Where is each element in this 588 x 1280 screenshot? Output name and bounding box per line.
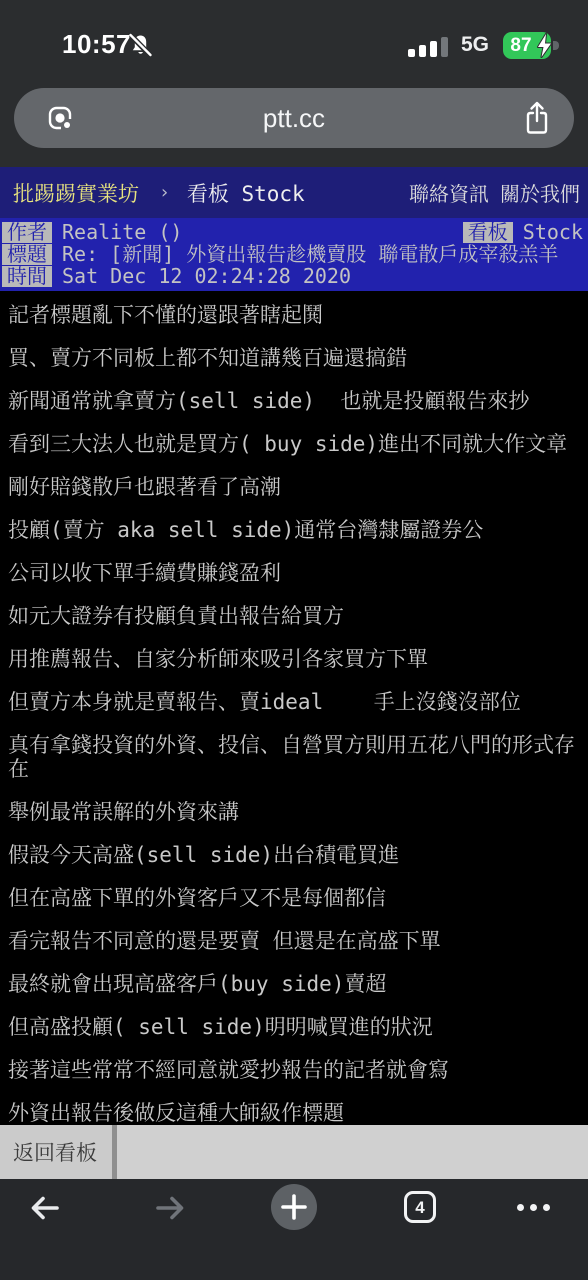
breadcrumb-separator-icon: › — [159, 182, 170, 203]
content-paragraph: 投顧(賣方 aka sell side)通常台灣隸屬證券公 — [8, 518, 580, 542]
status-time: 10:57 — [62, 29, 131, 60]
board-value: Stock — [523, 220, 583, 244]
header-link[interactable]: 關於我們 — [500, 178, 580, 207]
article-metadata: 看板Stock作者Realite () 標題Re: [新聞] 外資出報告趁機賣股… — [0, 218, 588, 291]
network-type: 5G — [461, 33, 489, 57]
content-paragraph: 但在高盛下單的外資客戶又不是每個都信 — [8, 886, 580, 910]
author-label: 作者 — [2, 222, 52, 243]
back-button[interactable] — [27, 1192, 63, 1224]
content-paragraph: 外資出報告後做反這種大師級作標題 — [8, 1101, 580, 1125]
article-content: 記者標題亂下不懂的還跟著瞎起鬨買、賣方不同板上都不知道講幾百遍還搞錯新聞通常就拿… — [0, 291, 588, 1125]
content-paragraph: 看到三大法人也就是買方( buy side)進出不同就大作文章 — [8, 432, 580, 456]
iphone-screen: 10:57 5G 87 ptt.cc — [0, 0, 588, 1280]
content-paragraph: 如元大證券有投顧負責出報告給買方 — [8, 604, 580, 628]
content-paragraph: 新聞通常就拿賣方(sell side) 也就是投顧報告來抄 — [8, 389, 580, 413]
board-link[interactable]: 看板 Stock — [187, 178, 305, 208]
metaline-author: 看板Stock作者Realite () — [2, 221, 586, 243]
share-icon[interactable] — [522, 99, 552, 139]
metaline-board: 看板Stock — [463, 221, 586, 243]
content-paragraph: 最終就會出現高盛客戶(buy side)賣超 — [8, 972, 580, 996]
back-to-board-button[interactable]: 返回看板 — [0, 1125, 117, 1179]
url-text[interactable]: ptt.cc — [14, 88, 574, 148]
metaline-title: 標題Re: [新聞] 外資出報告趁機賣股 聯電散戶成宰殺羔羊 — [2, 243, 586, 265]
ptt-brand-link[interactable]: 批踢踢實業坊 — [13, 178, 139, 208]
title-value: Re: [新聞] 外資出報告趁機賣股 聯電散戶成宰殺羔羊 — [62, 242, 558, 266]
web-page: 批踢踢實業坊 › 看板 Stock 聯絡資訊關於我們 看板Stock作者Real… — [0, 167, 588, 1179]
tab-switcher-button[interactable]: 4 — [404, 1191, 436, 1223]
content-paragraph: 假設今天高盛(sell side)出台積電買進 — [8, 843, 580, 867]
menu-button[interactable] — [506, 1203, 561, 1211]
content-paragraph: 用推薦報告、自家分析師來吸引各家買方下單 — [8, 647, 580, 671]
battery-indicator: 87 — [503, 32, 561, 59]
author-value: Realite () — [62, 220, 182, 244]
content-paragraph: 但高盛投顧( sell side)明明喊買進的狀況 — [8, 1015, 580, 1039]
arrow-right-icon — [154, 1193, 186, 1223]
bell-slash-icon — [128, 33, 153, 58]
forward-button[interactable] — [152, 1192, 188, 1224]
arrow-left-icon — [29, 1193, 61, 1223]
page-bottom-bar: 返回看板 — [0, 1125, 588, 1179]
ptt-site-header: 批踢踢實業坊 › 看板 Stock 聯絡資訊關於我們 — [0, 167, 588, 218]
omnibox[interactable]: ptt.cc — [14, 88, 574, 148]
content-paragraph: 公司以收下單手續費賺錢盈利 — [8, 561, 580, 585]
time-value: Sat Dec 12 02:24:28 2020 — [62, 264, 351, 288]
time-label: 時間 — [2, 266, 52, 287]
header-link[interactable]: 聯絡資訊 — [409, 178, 489, 207]
content-paragraph: 看完報告不同意的還是要賣 但還是在高盛下單 — [8, 929, 580, 953]
cellular-signal-icon — [408, 37, 452, 57]
metaline-time: 時間Sat Dec 12 02:24:28 2020 — [2, 265, 586, 287]
board-label: 看板 — [463, 222, 513, 243]
header-links: 聯絡資訊關於我們 — [409, 178, 584, 207]
new-tab-button[interactable] — [271, 1184, 317, 1230]
content-paragraph: 接著這些常常不經同意就愛抄報告的記者就會寫 — [8, 1058, 580, 1082]
three-dots-icon — [517, 1204, 524, 1211]
content-paragraph: 買、賣方不同板上都不知道講幾百遍還搞錯 — [8, 346, 580, 370]
content-paragraph: 真有拿錢投資的外資、投信、自營買方則用五花八門的形式存在 — [8, 733, 580, 781]
charging-bolt-icon — [534, 33, 556, 58]
title-label: 標題 — [2, 244, 52, 265]
tab-count: 4 — [415, 1199, 424, 1216]
content-paragraph: 舉例最常誤解的外資來講 — [8, 800, 580, 824]
content-paragraph: 但賣方本身就是賣報告、賣ideal 手上沒錢沒部位 — [8, 690, 580, 714]
content-paragraph: 剛好賠錢散戶也跟著看了高潮 — [8, 475, 580, 499]
plus-icon — [271, 1184, 317, 1230]
content-paragraph: 記者標題亂下不懂的還跟著瞎起鬨 — [8, 303, 580, 327]
browser-toolbar: 4 — [0, 1179, 588, 1280]
browser-top-chrome: 10:57 5G 87 ptt.cc — [0, 0, 588, 167]
